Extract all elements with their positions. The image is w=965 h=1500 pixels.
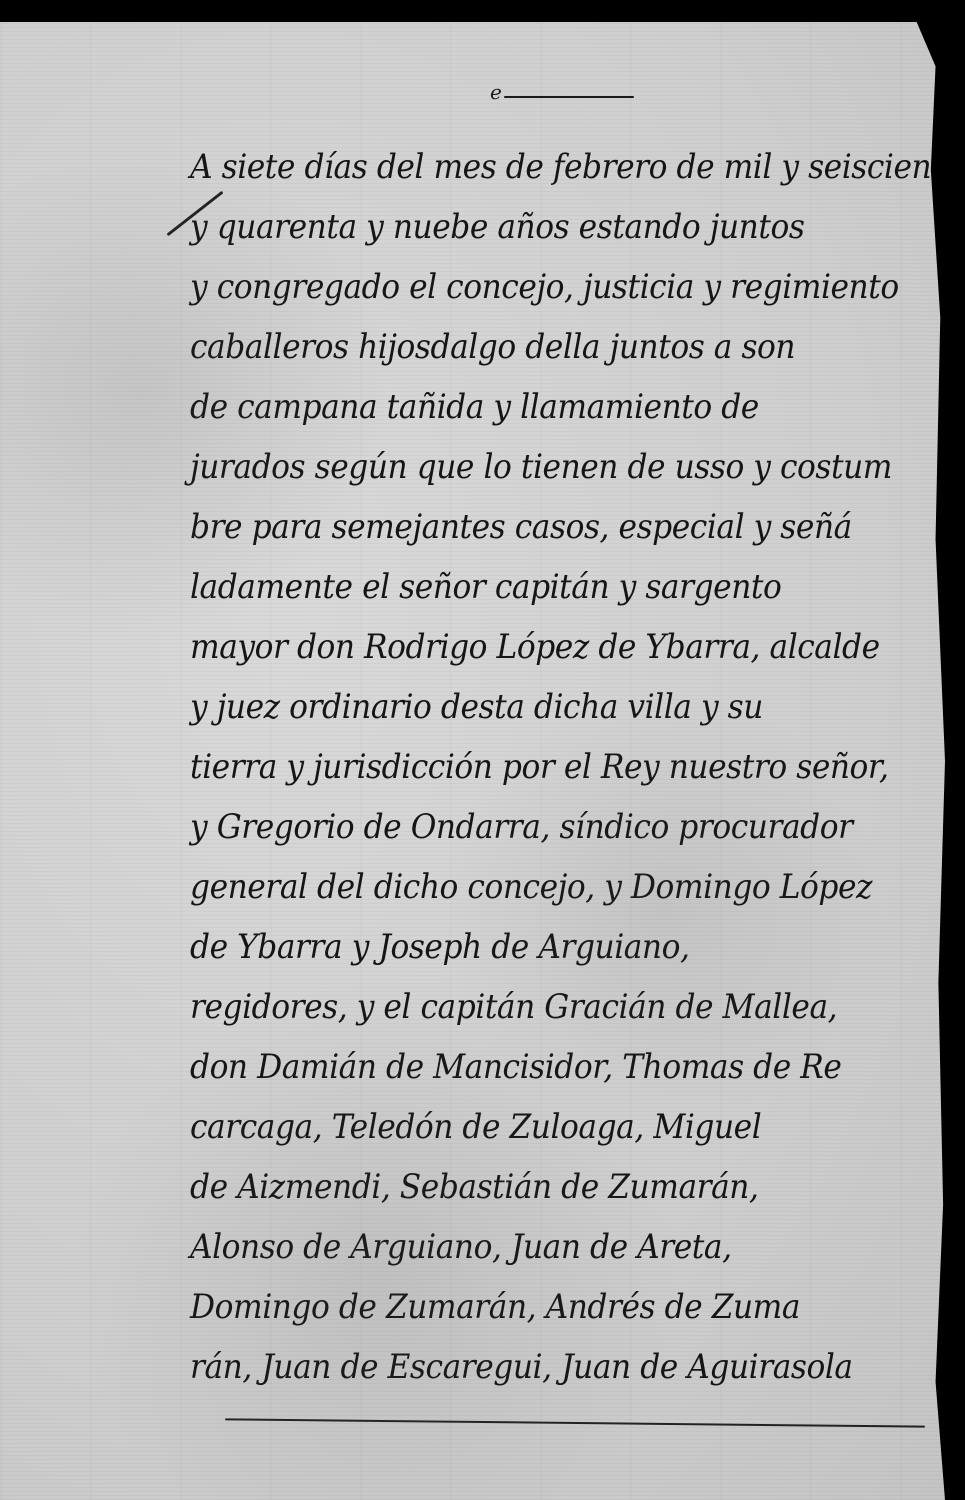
text-line: Alonso de Arguiano, Juan de Areta, xyxy=(190,1217,852,1277)
text-line: de Aizmendi, Sebastián de Zumarán, xyxy=(190,1157,852,1217)
folio-mark: e xyxy=(490,80,640,100)
text-line: bre para semejantes casos, especial y se… xyxy=(190,497,852,557)
text-line: jurados según que lo tienen de usso y co… xyxy=(190,437,852,497)
text-line: y quarenta y nuebe años estando juntos xyxy=(190,197,852,257)
text-line: don Damián de Mancisidor, Thomas de Re xyxy=(190,1037,852,1097)
text-line: regidores, y el capitán Gracián de Malle… xyxy=(190,977,852,1037)
text-line: mayor don Rodrigo López de Ybarra, alcal… xyxy=(190,617,852,677)
text-line: de Ybarra y Joseph de Arguiano, xyxy=(190,917,852,977)
text-line: ladamente el señor capitán y sargento xyxy=(190,557,852,617)
text-line: rán, Juan de Escaregui, Juan de Aguiraso… xyxy=(190,1337,852,1397)
text-line: y juez ordinario desta dicha villa y su xyxy=(190,677,852,737)
text-line: Domingo de Zumarán, Andrés de Zuma xyxy=(190,1277,852,1337)
text-line: y congregado el concejo, justicia y regi… xyxy=(190,257,852,317)
text-line: general del dicho concejo, y Domingo Lóp… xyxy=(190,857,852,917)
text-line: carcaga, Teledón de Zuloaga, Miguel xyxy=(190,1097,852,1157)
page-number: 7 xyxy=(930,137,948,167)
manuscript-page: e 7 A siete días del mes de febrero de m… xyxy=(0,22,945,1500)
closing-rule xyxy=(225,1418,925,1427)
text-line: A siete días del mes de febrero de mil y… xyxy=(190,137,852,197)
text-line: caballeros hijosdalgo della juntos a son xyxy=(190,317,852,377)
text-line: de campana tañida y llamamiento de xyxy=(190,377,852,437)
manuscript-text: A siete días del mes de febrero de mil y… xyxy=(190,137,910,1397)
text-line: y Gregorio de Ondarra, síndico procurado… xyxy=(190,797,852,857)
text-line: tierra y jurisdicción por el Rey nuestro… xyxy=(190,737,852,797)
